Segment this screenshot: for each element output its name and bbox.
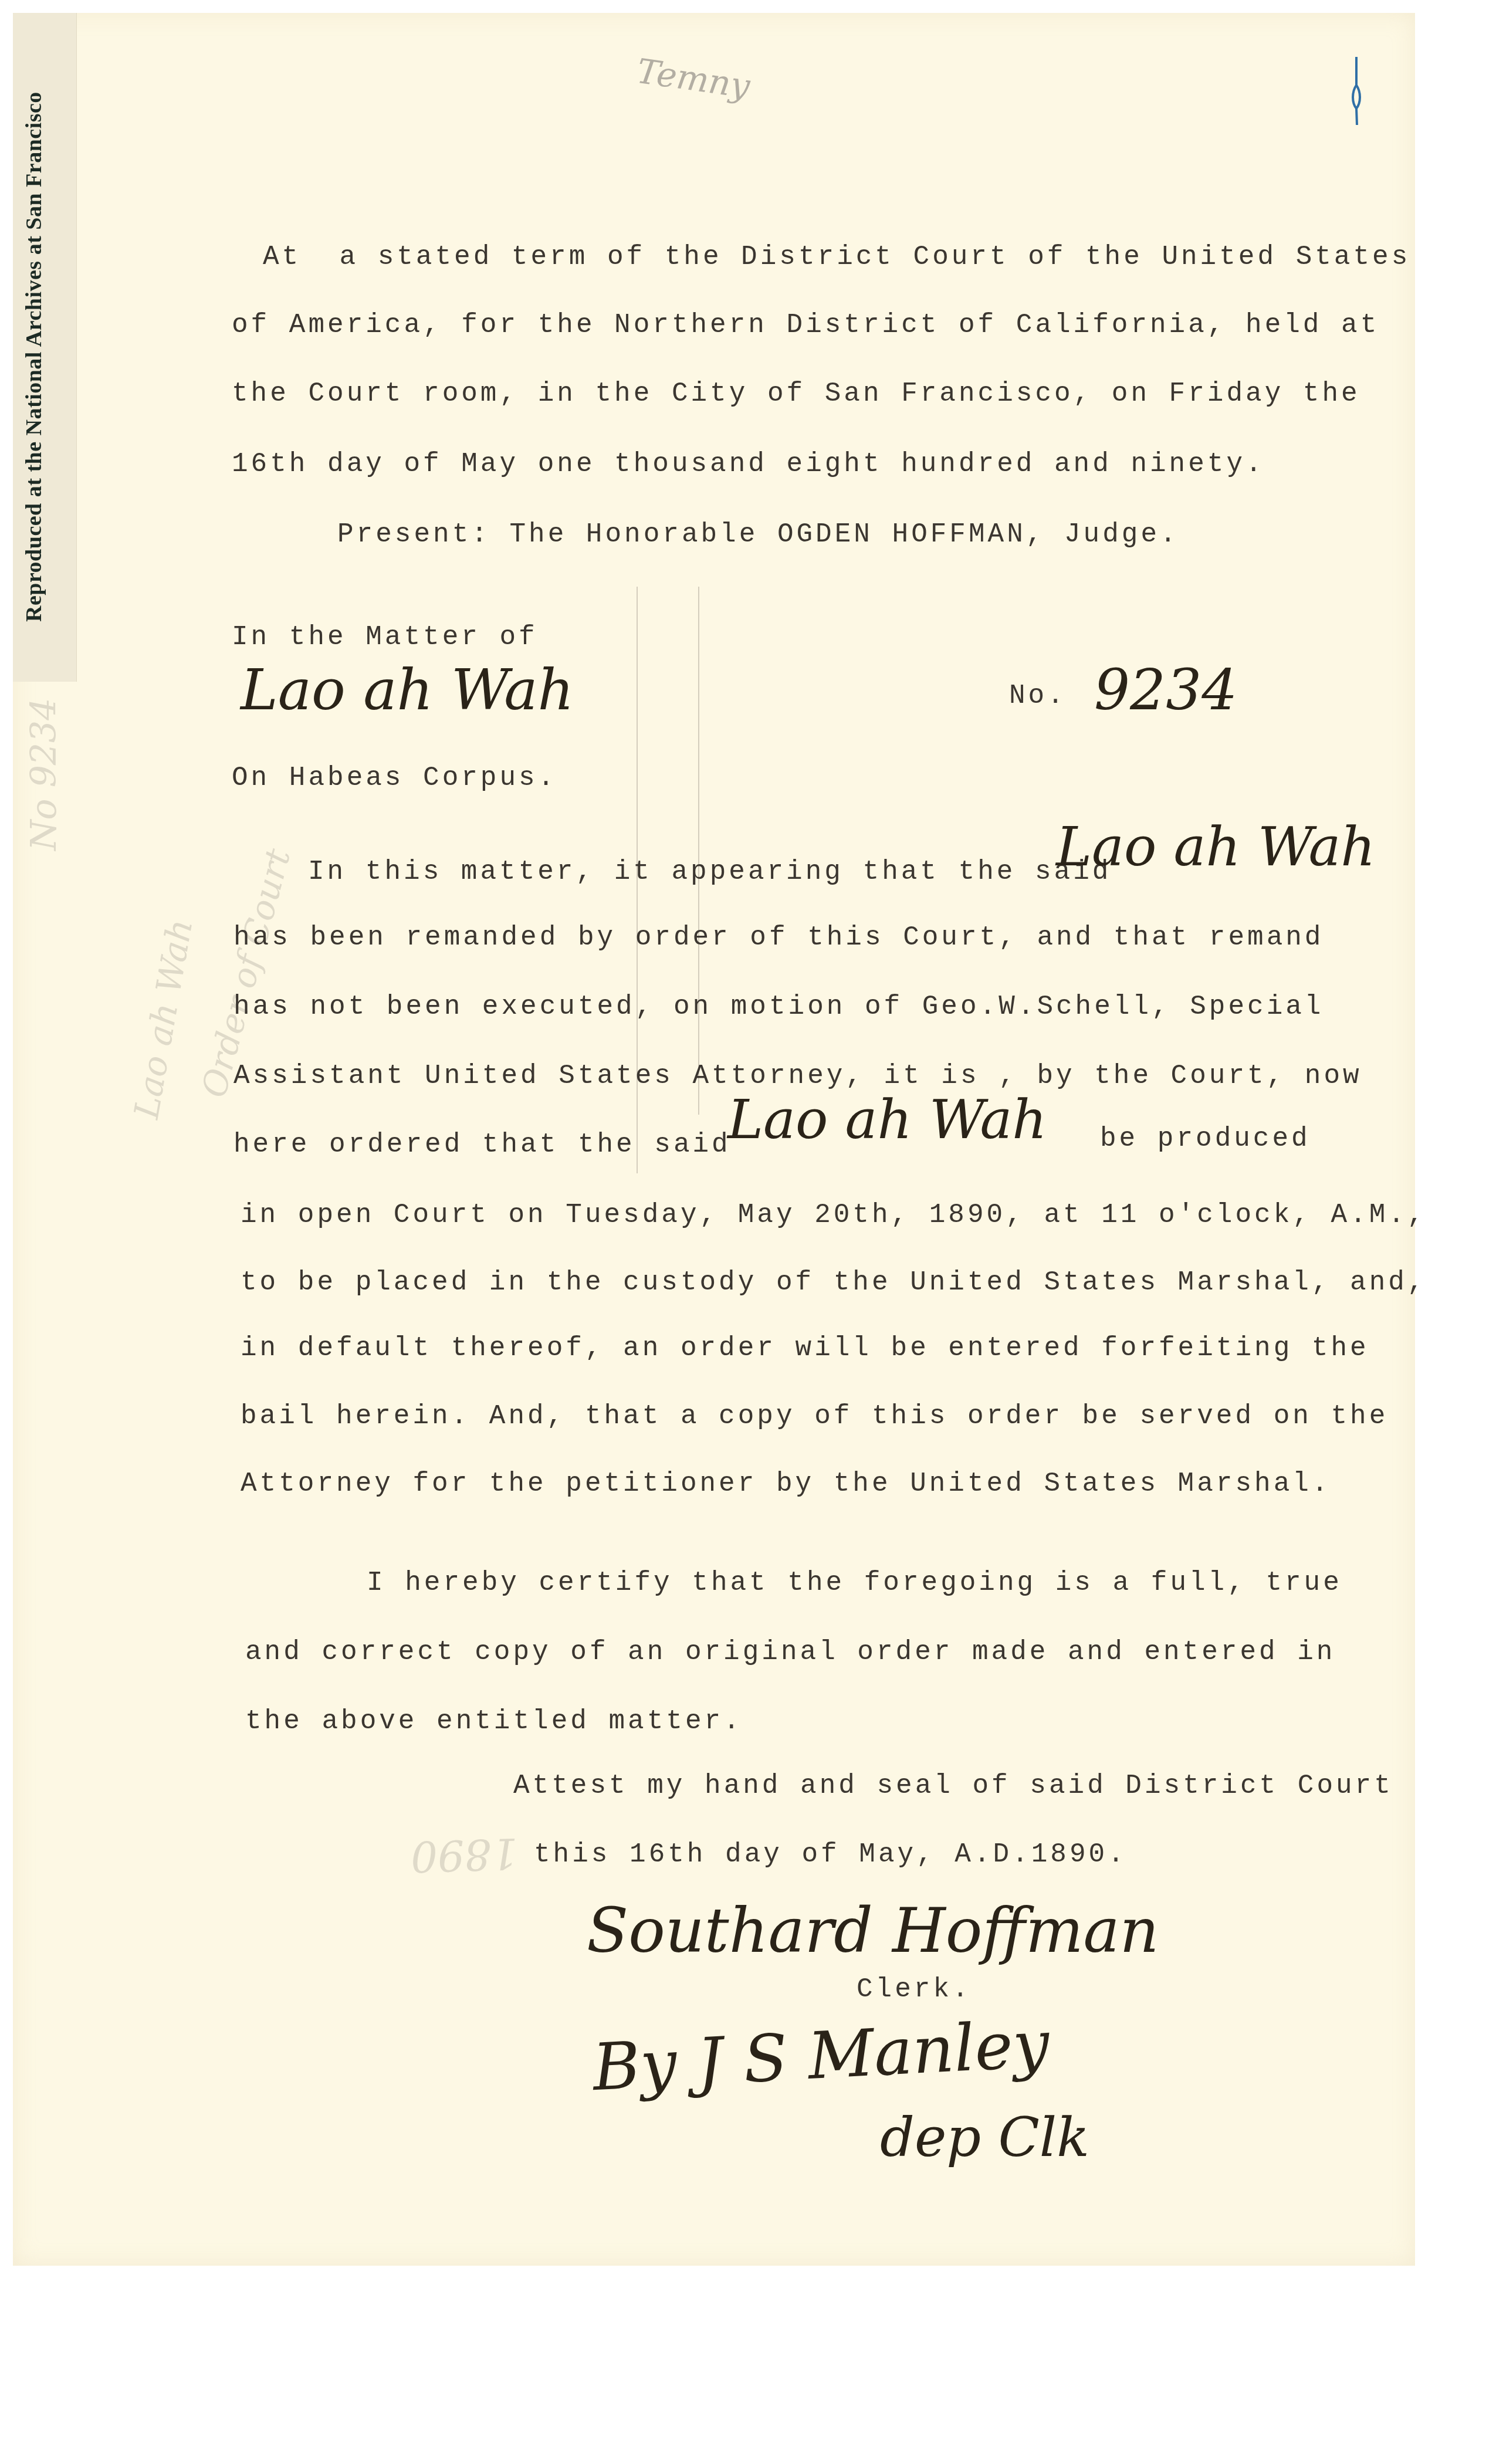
case-number-label: No. [1009,681,1067,711]
order-line: bail herein. And, that a copy of this or… [241,1401,1388,1431]
certification-line: the above entitled matter. [245,1706,743,1737]
petitioner-name-handwritten: Lao ah Wah [1056,815,1376,878]
certification-line: and correct copy of an original order ma… [245,1637,1335,1667]
order-line: Assistant United States Attorney, it is … [233,1061,1362,1091]
heading-line: 16th day of May one thousand eight hundr… [232,449,1265,479]
clerk-title: Clerk. [857,1974,972,2005]
petitioner-name-handwritten: Lao ah Wah [241,657,574,723]
heading-line: At a stated term of the District Court o… [263,242,1410,272]
attest-line: Attest my hand and seal of said District… [513,1771,1393,1801]
certification-line: I hereby certify that the foregoing is a… [367,1568,1342,1598]
matter-label: In the Matter of [232,622,538,652]
archive-reproduction-label: Reproduced at the National Archives at S… [21,92,47,622]
order-line: in open Court on Tuesday, May 20th, 1890… [241,1200,1426,1230]
case-number-handwritten: 9234 [1094,657,1237,723]
heading-line: of America, for the Northern District of… [232,310,1379,340]
margin-note: No 9234 [23,698,65,851]
fold-line [698,587,699,1115]
order-line: In this matter, it appearing that the sa… [308,857,1111,887]
order-line: be produced [1100,1123,1311,1154]
clerk-signature: Southard Hoffman [587,1895,1159,1967]
attest-date: this 16th day of May, A.D.1890. [534,1839,1127,1870]
heading-line: the Court room, in the City of San Franc… [232,378,1360,409]
petitioner-name-handwritten: Lao ah Wah [727,1088,1047,1151]
bleed-year: 1890 [410,1829,519,1881]
order-line: Attorney for the petitioner by the Unite… [241,1468,1331,1499]
blue-pencil-mark-icon [1349,56,1366,126]
present-line: Present: The Honorable OGDEN HOFFMAN, Ju… [337,519,1179,550]
order-line: has not been executed, on motion of Geo.… [233,991,1324,1022]
order-line: in default thereof, an order will be ent… [241,1333,1369,1363]
order-line: has been remanded by order of this Court… [233,922,1324,953]
proceeding-type: On Habeas Corpus. [232,763,557,793]
order-line: to be placed in the custody of the Unite… [241,1267,1426,1298]
order-line: here ordered that the said [233,1129,731,1160]
deputy-title: dep Clk [880,2106,1089,2169]
